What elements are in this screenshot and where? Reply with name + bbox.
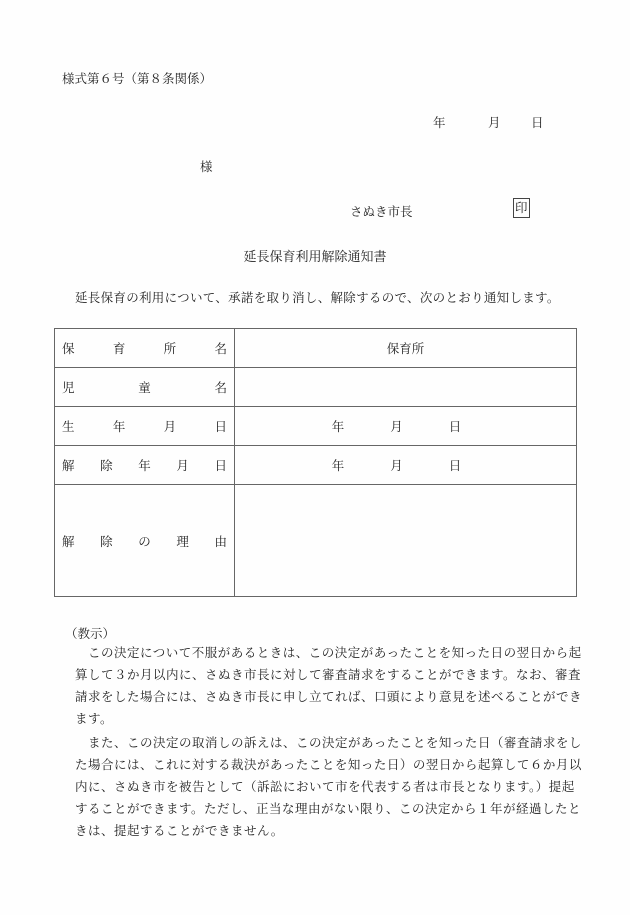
label-char: 育	[113, 339, 126, 357]
date-month-label: 月	[488, 113, 501, 131]
notice-table: 保 育 所 名 保育所 児 童 名 生 年 月 日	[54, 328, 577, 597]
table-row-child: 児 童 名	[55, 368, 577, 407]
label-char: 解	[62, 532, 75, 550]
label-facility-name: 保 育 所 名	[55, 329, 235, 368]
month-label: 月	[390, 456, 403, 474]
label-cancel-date: 解 除 年 月 日	[55, 446, 235, 485]
table-row-birthdate: 生 年 月 日 年 月 日	[55, 407, 577, 446]
label-birthdate: 生 年 月 日	[55, 407, 235, 446]
label-char: 日	[214, 417, 227, 435]
label-char: 童	[138, 378, 151, 396]
label-char: 解	[62, 456, 75, 474]
label-char: 日	[214, 456, 227, 474]
table-row-reason: 解 除 の 理 由	[55, 485, 577, 597]
label-char: 年	[113, 417, 126, 435]
notice-paragraph-2: また、この決定の取消しの訴えは、この決定があったことを知った日（審査請求をした場…	[75, 732, 585, 842]
value-birthdate[interactable]: 年 月 日	[235, 407, 577, 446]
issuer-name: さぬき市長	[350, 202, 413, 220]
label-char: 生	[62, 417, 75, 435]
label-char: 理	[176, 532, 189, 550]
label-char: 保	[62, 339, 75, 357]
label-child-name: 児 童 名	[55, 368, 235, 407]
document-title: 延長保育利用解除通知書	[0, 246, 630, 265]
value-child-name[interactable]	[235, 368, 577, 407]
day-label: 日	[449, 417, 462, 435]
value-reason[interactable]	[235, 485, 577, 597]
table-row-facility: 保 育 所 名 保育所	[55, 329, 577, 368]
seal-icon: 印	[513, 198, 530, 218]
label-char: 月	[164, 417, 177, 435]
form-number: 様式第６号（第８条関係）	[62, 69, 212, 87]
label-char: 児	[62, 378, 75, 396]
notice-text: また、この決定の取消しの訴えは、この決定があったことを知った日（審査請求をした場…	[75, 732, 585, 842]
label-char: 年	[138, 456, 151, 474]
label-char: の	[138, 532, 151, 550]
label-char: 月	[176, 456, 189, 474]
table-row-cancel-date: 解 除 年 月 日 年 月 日	[55, 446, 577, 485]
addressee-suffix: 様	[200, 157, 213, 175]
month-label: 月	[390, 417, 403, 435]
notice-heading: （教示）	[65, 624, 115, 642]
label-char: 所	[164, 339, 177, 357]
date-year-label: 年	[433, 113, 446, 131]
value-facility-name[interactable]: 保育所	[235, 329, 577, 368]
label-char: 除	[100, 532, 113, 550]
value-cancel-date[interactable]: 年 月 日	[235, 446, 577, 485]
day-label: 日	[449, 456, 462, 474]
notice-text: この決定について不服があるときは、この決定があったことを知った日の翌日から起算し…	[75, 642, 585, 730]
year-label: 年	[332, 417, 345, 435]
label-char: 名	[214, 378, 227, 396]
label-reason: 解 除 の 理 由	[55, 485, 235, 597]
label-char: 由	[214, 532, 227, 550]
year-label: 年	[332, 456, 345, 474]
date-day-label: 日	[531, 113, 544, 131]
label-char: 名	[214, 339, 227, 357]
intro-text: 延長保育の利用について、承諾を取り消し、解除するので、次のとおり通知します。	[62, 289, 582, 307]
notice-paragraph-1: この決定について不服があるときは、この決定があったことを知った日の翌日から起算し…	[75, 642, 585, 730]
label-char: 除	[100, 456, 113, 474]
